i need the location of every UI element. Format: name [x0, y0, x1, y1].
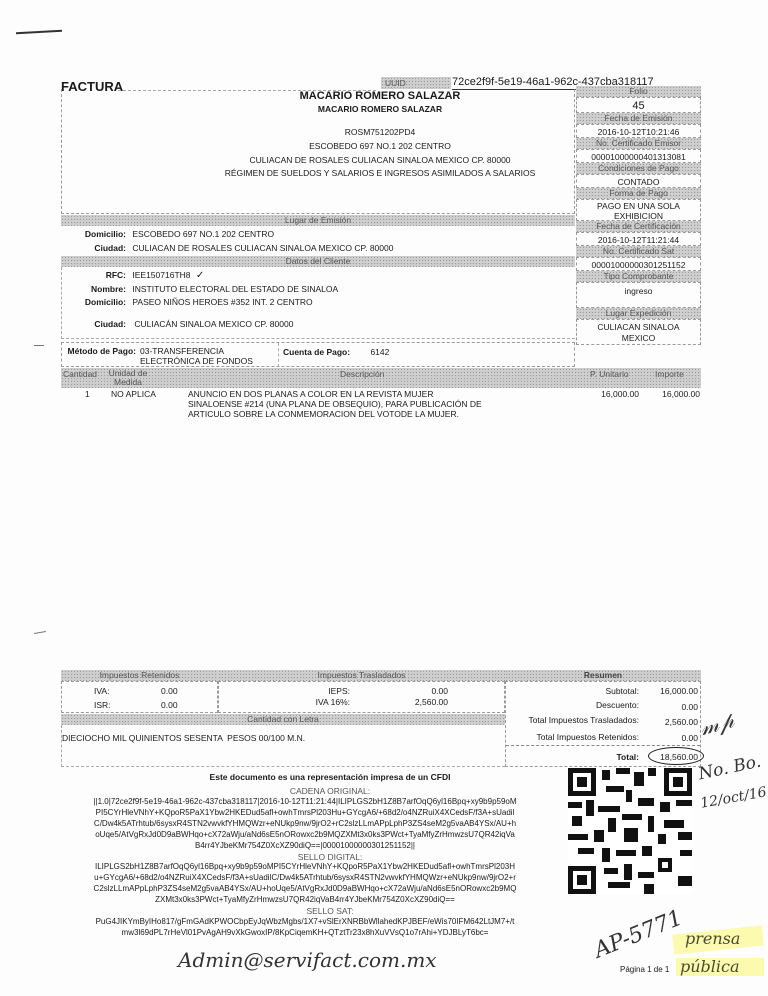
- retenidos-iva-label: IVA:: [94, 686, 109, 696]
- ciudad-label: Ciudad:: [61, 243, 126, 253]
- col-header-p-unitario: P. Unitario: [590, 369, 629, 379]
- side-panel: Folio 45 Fecha de Emisión 2016-10-12T10:…: [576, 86, 701, 345]
- folio-label: Folio: [576, 86, 701, 97]
- domicilio-value: ESCOBEDO 697 NO.1 202 CENTRO: [132, 229, 274, 239]
- resumen-header: Resumen: [505, 670, 701, 681]
- cuenta-pago-divider: [278, 343, 279, 367]
- emisor-address: ESCOBEDO 697 NO.1 202 CENTRO: [230, 141, 530, 151]
- trasladados-iva-value: 2,560.00: [400, 697, 448, 707]
- col-header-importe: Importe: [655, 369, 684, 379]
- pen-stroke: [16, 30, 62, 34]
- total-retenidos-value: 0.00: [640, 733, 698, 743]
- cert-sat-label: No. Certificado Sat: [576, 246, 701, 257]
- retenidos-iva-value: 0.00: [161, 686, 178, 696]
- margin-mark: [34, 345, 44, 346]
- forma-pago-label: Forma de Pago: [576, 188, 701, 199]
- col-header-unidad: Unidad de Medida: [108, 369, 148, 387]
- qr-code: [568, 768, 692, 894]
- metodo-pago-value: 03-TRANSFERENCIA ELECTRÓNICA DE FONDOS: [140, 346, 275, 366]
- emisor-regimen: RÉGIMEN DE SUELDOS Y SALARIOS E INGRESOS…: [190, 168, 570, 178]
- total-divider: [506, 745, 700, 746]
- cadena-line: B4rr4YJbeKMr754Z0XcXZ90diQ==|00001000000…: [60, 841, 550, 850]
- fecha-emision-value: 2016-10-12T10:21:46: [576, 124, 701, 138]
- cantidad-letra-box: [61, 725, 505, 767]
- cuenta-pago-value: 6142: [370, 347, 389, 357]
- ciudad-value: CULIACAN DE ROSALES CULIACAN SINALOA MEX…: [132, 243, 393, 253]
- cuenta-pago-label: Cuenta de Pago:: [283, 347, 350, 357]
- impuestos-retenidos-header: Impuestos Retenidos: [61, 670, 218, 681]
- cadena-line: ||1.0|72ce2f9f-5e19-46a1-962c-437cba3181…: [60, 797, 550, 806]
- cadena-line: PI5CYrHleVNhY+KQpoR5PaX1Ybw2HKEDud5afl+o…: [60, 808, 550, 817]
- sello-digital-line: ZXMt3x0ks3PWct+TyaMfyZrHmwzsU7QR42iqVaB4…: [60, 895, 550, 904]
- retenidos-isr-value: 0.00: [161, 700, 178, 710]
- tipo-comprobante-value: ingreso: [576, 282, 701, 308]
- total-circle-annotation: [648, 747, 704, 765]
- handwritten-note-line1: prensa: [685, 929, 740, 948]
- fecha-cert-value: 2016-10-12T11:21:44: [576, 232, 701, 246]
- cliente-box-border: [61, 267, 575, 339]
- lugar-expedicion-value: CULIACAN SINALOA MEXICO: [576, 319, 701, 345]
- handwritten-note-line2: pública: [680, 957, 740, 976]
- impuestos-trasladados-header: Impuestos Trasladados: [218, 670, 505, 681]
- row-descripcion: ANUNCIO EN DOS PLANAS A COLOR EN LA REVI…: [188, 389, 488, 419]
- cliente-header: Datos del Cliente: [61, 256, 575, 267]
- cuenta-pago-row: Cuenta de Pago: 6142: [283, 347, 389, 357]
- row-unidad: NO APLICA: [111, 389, 156, 399]
- row-p-unitario: 16,000.00: [581, 389, 639, 399]
- cert-emisor-label: No. Certificado Emisor: [576, 138, 701, 149]
- cert-emisor-value: 00001000000401313081: [576, 149, 701, 163]
- descuento-value: 0.00: [640, 702, 698, 712]
- cert-sat-value: 00001000000301251152: [576, 257, 701, 271]
- sello-sat-line: mw3l69dPL7rHeVl01PvAgAH9vXkGwoxIP/8KpCiq…: [60, 928, 550, 937]
- subtotal-value: 16,000.00: [640, 686, 698, 696]
- uuid-label: UUID: [381, 77, 451, 89]
- handwritten-email: Admin@servifact.com.mx: [178, 948, 437, 972]
- row-importe: 16,000.00: [641, 389, 700, 399]
- signature: 𝓂𝓅: [697, 708, 737, 741]
- cadena-label: CADENA ORIGINAL:: [230, 786, 430, 796]
- cantidad-letra-header: Cantidad con Letra: [61, 714, 505, 725]
- lugar-emision-ciudad-row: Ciudad: CULIACAN DE ROSALES CULIACAN SIN…: [61, 243, 393, 253]
- lugar-emision-header: Lugar de Emisión: [61, 215, 575, 226]
- total-trasladados-label: Total Impuestos Trasladados:: [506, 715, 639, 725]
- metodo-pago-label: Método de Pago:: [66, 346, 136, 366]
- forma-pago-value: PAGO EN UNA SOLA EXHIBICION: [576, 199, 701, 221]
- total-retenidos-label: Total Impuestos Retenidos:: [506, 732, 639, 742]
- sello-digital-line: u+GYcgA6/+68d2/o4NZRuiX4XCedsF/f3A+sUadi…: [60, 873, 550, 882]
- page-number: Página 1 de 1: [620, 965, 669, 974]
- sello-digital-line: ILIPLGS2bH1Z8B7arfOqQ6yl16Bpq+xy9b9p59oM…: [60, 862, 550, 871]
- handwritten-date: 12/oct/16: [699, 784, 768, 811]
- condiciones-label: Condiciones de Pago: [576, 163, 701, 174]
- subtotal-label: Subtotal:: [506, 686, 639, 696]
- margin-mark: [34, 631, 46, 634]
- total-trasladados-value: 2,560.00: [640, 717, 698, 727]
- folio-value: 45: [576, 97, 701, 113]
- sello-sat-label: SELLO SAT:: [230, 906, 430, 916]
- emisor-city: CULIACAN DE ROSALES CULIACAN SINALOA MEX…: [200, 155, 560, 165]
- retenidos-box: [61, 681, 218, 713]
- col-header-descripcion: Descripción: [340, 369, 384, 379]
- cadena-line: oUqe5/AtVgRxJd0D9aBWHqo+cX72aWju/aNd6sE5…: [60, 830, 550, 839]
- trasladados-ieps-value: 0.00: [400, 686, 448, 696]
- total-label: Total:: [560, 752, 639, 762]
- fecha-cert-label: Fecha de Certificación: [576, 221, 701, 232]
- row-cantidad: 1: [85, 389, 90, 399]
- emisor-name-large: MACARIO ROMERO SALAZAR: [250, 90, 510, 102]
- tipo-comprobante-label: Tipo Comprobante: [576, 271, 701, 282]
- condiciones-value: CONTADO: [576, 174, 701, 188]
- cadena-line: C/Dw4k5ATrhtub/6sysxR4STN2vwvkfYHMQWzr+e…: [60, 819, 550, 828]
- trasladados-iva-label: IVA 16%:: [300, 697, 350, 707]
- retenidos-isr-label: ISR:: [94, 700, 111, 710]
- col-header-cantidad: Cantidad: [63, 369, 97, 379]
- metodo-pago-row: Método de Pago: 03-TRANSFERENCIA ELECTRÓ…: [66, 346, 275, 366]
- emisor-name: MACARIO ROMERO SALAZAR: [250, 104, 510, 114]
- cfdi-notice: Este documento es una representación imp…: [170, 772, 490, 782]
- sello-sat-line: PuG4JIKYmByIHo817/gFmGAdKPWOCbpEyJqWbzMg…: [60, 917, 550, 926]
- lugar-emision-domicilio-row: Domicilio: ESCOBEDO 697 NO.1 202 CENTRO: [61, 229, 274, 239]
- sello-digital-line: C2slzLLmAPpLphP3ZS4seM2g5vaAB4YSx/AU+hoU…: [60, 884, 550, 893]
- emisor-rfc: ROSM751202PD4: [230, 127, 530, 137]
- trasladados-box: [218, 681, 505, 713]
- domicilio-label: Domicilio:: [61, 229, 126, 239]
- sello-digital-label: SELLO DIGITAL:: [230, 852, 430, 862]
- handwritten-vobo: No. Bo.: [697, 752, 763, 785]
- table-row: 1 NO APLICA ANUNCIO EN DOS PLANAS A COLO…: [61, 389, 701, 425]
- lugar-expedicion-label: Lugar Expedición: [576, 308, 701, 319]
- trasladados-ieps-label: IEPS:: [300, 686, 350, 696]
- descuento-label: Descuento:: [506, 700, 639, 710]
- fecha-emision-label: Fecha de Emisión: [576, 113, 701, 124]
